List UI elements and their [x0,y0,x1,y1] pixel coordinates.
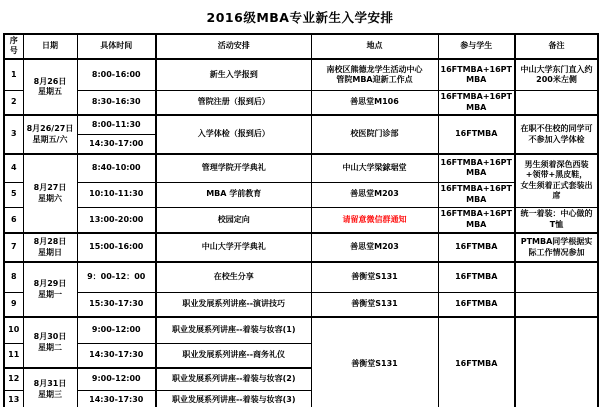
cell-remark [515,317,598,407]
cell-date: 8月31日 星期三 [23,368,77,407]
cell-location: 善思堂M106 [311,91,438,115]
cell-time: 13:00-20:00 [77,207,156,233]
table-row: 5 10:10-11:30 MBA 学前教育 善思堂M203 16FTMBA+1… [4,182,598,207]
cell-students: 16FTMBA [438,233,515,262]
cell-no: 10 [4,317,23,343]
cell-remark: 中山大学东门直入约 200米左侧 [515,59,598,91]
cell-students: 16FTMBA+16PTMBA [438,154,515,182]
table-row: 9 15:30-17:30 职业发展系列讲座--演讲技巧 善衡堂S131 16F… [4,292,598,317]
header-time: 具体时间 [77,34,156,59]
header-location: 地点 [311,34,438,59]
header-remark: 备注 [515,34,598,59]
table-row: 3 8月26/27日 星期五/六 8:00-11:30 入学体检（报到后） 校医… [4,115,598,134]
cell-location: 校医院门诊部 [311,115,438,154]
cell-date: 8月29日 星期一 [23,262,77,317]
cell-no: 7 [4,233,23,262]
cell-activity: 职业发展系列讲座--演讲技巧 [156,292,311,317]
table-row: 6 13:00-20:00 校园定向 请留意微信群通知 16FTMBA+16PT… [4,207,598,233]
schedule-table: 序 号 日期 具体时间 活动安排 地点 参与学生 备注 1 8月26日 星期五 … [3,33,599,407]
cell-date: 8月26日 星期五 [23,59,77,115]
cell-time: 8:40-10:00 [77,154,156,182]
cell-remark: 在职不住校的同学可不参加入学体检 [515,115,598,154]
cell-no: 11 [4,343,23,368]
cell-no: 3 [4,115,23,154]
cell-location: 中山大学梁銶琚堂 [311,154,438,182]
table-row: 2 8:30-16:30 管院注册（报到后） 善思堂M106 16FTMBA+1… [4,91,598,115]
cell-activity: 管理学院开学典礼 [156,154,311,182]
cell-date: 8月30日 星期二 [23,317,77,368]
cell-time: 14:30-17:00 [77,134,156,154]
cell-remark [515,262,598,292]
header-row: 序 号 日期 具体时间 活动安排 地点 参与学生 备注 [4,34,598,59]
cell-activity: 入学体检（报到后） [156,115,311,154]
cell-no: 6 [4,207,23,233]
cell-activity: 新生入学报到 [156,59,311,91]
cell-activity: 职业发展系列讲座--商务礼仪 [156,343,311,368]
cell-time: 15:00-16:00 [77,233,156,262]
cell-time: 14:30-17:30 [77,390,156,407]
cell-location: 善思堂M203 [311,182,438,207]
cell-activity: 职业发展系列讲座--着装与妆容(3) [156,390,311,407]
cell-students: 16FTMBA+16PTMBA [438,207,515,233]
table-row: 4 8月27日 星期六 8:40-10:00 管理学院开学典礼 中山大学梁銶琚堂… [4,154,598,182]
cell-remark [515,91,598,115]
cell-activity: 职业发展系列讲座--着装与妆容(2) [156,368,311,390]
header-activity: 活动安排 [156,34,311,59]
table-row: 1 8月26日 星期五 8:00-16:00 新生入学报到 南校区熊德龙学生活动… [4,59,598,91]
document-page: 2016级MBA专业新生入学安排 序 号 日期 具体时间 活动安排 地点 参与学… [0,0,600,407]
cell-no: 13 [4,390,23,407]
cell-no: 9 [4,292,23,317]
header-date: 日期 [23,34,77,59]
cell-students: 16FTMBA+16PTMBA [438,59,515,91]
header-students: 参与学生 [438,34,515,59]
cell-activity: 管院注册（报到后） [156,91,311,115]
header-no: 序 号 [4,34,23,59]
cell-activity: 在校生分享 [156,262,311,292]
cell-location: 善衡堂S131 [311,292,438,317]
cell-time: 8:00-16:00 [77,59,156,91]
cell-activity: MBA 学前教育 [156,182,311,207]
cell-remark: 统一着装：中心做的T恤 [515,207,598,233]
cell-time: 9：00-12：00 [77,262,156,292]
cell-activity: 中山大学开学典礼 [156,233,311,262]
cell-no: 4 [4,154,23,182]
table-row: 10 8月30日 星期二 9:00-12:00 职业发展系列讲座--着装与妆容(… [4,317,598,343]
cell-no: 1 [4,59,23,91]
cell-remark: PTMBA同学根据实际工作情况参加 [515,233,598,262]
cell-time: 15:30-17:30 [77,292,156,317]
cell-location: 善思堂M203 [311,233,438,262]
cell-activity: 校园定向 [156,207,311,233]
cell-time: 9:00-12:00 [77,368,156,390]
cell-date: 8月26/27日 星期五/六 [23,115,77,154]
cell-remark [515,292,598,317]
table-row: 8 8月29日 星期一 9：00-12：00 在校生分享 善衡堂S131 16F… [4,262,598,292]
cell-location: 南校区熊德龙学生活动中心 管院MBA迎新工作点 [311,59,438,91]
cell-students: 16FTMBA [438,262,515,292]
cell-students: 16FTMBA [438,115,515,154]
cell-remark: 男生须着深色西装+领带+黑皮鞋， 女生须着正式套装出席 [515,154,598,207]
cell-no: 8 [4,262,23,292]
cell-no: 12 [4,368,23,390]
cell-date: 8月28日 星期日 [23,233,77,262]
cell-location: 善衡堂S131 [311,317,438,407]
cell-students: 16FTMBA+16PTMBA [438,91,515,115]
table-row: 7 8月28日 星期日 15:00-16:00 中山大学开学典礼 善思堂M203… [4,233,598,262]
cell-date: 8月27日 星期六 [23,154,77,233]
cell-time: 14:30-17:30 [77,343,156,368]
page-title: 2016级MBA专业新生入学安排 [0,0,600,26]
cell-time: 10:10-11:30 [77,182,156,207]
cell-no: 5 [4,182,23,207]
cell-no: 2 [4,91,23,115]
cell-activity: 职业发展系列讲座--着装与妆容(1) [156,317,311,343]
cell-time: 9:00-12:00 [77,317,156,343]
cell-students: 16FTMBA [438,317,515,407]
cell-time: 8:00-11:30 [77,115,156,134]
cell-students: 16FTMBA [438,292,515,317]
cell-students: 16FTMBA+16PTMBA [438,182,515,207]
cell-location: 善衡堂S131 [311,262,438,292]
cell-location-notice: 请留意微信群通知 [311,207,438,233]
cell-time: 8:30-16:30 [77,91,156,115]
